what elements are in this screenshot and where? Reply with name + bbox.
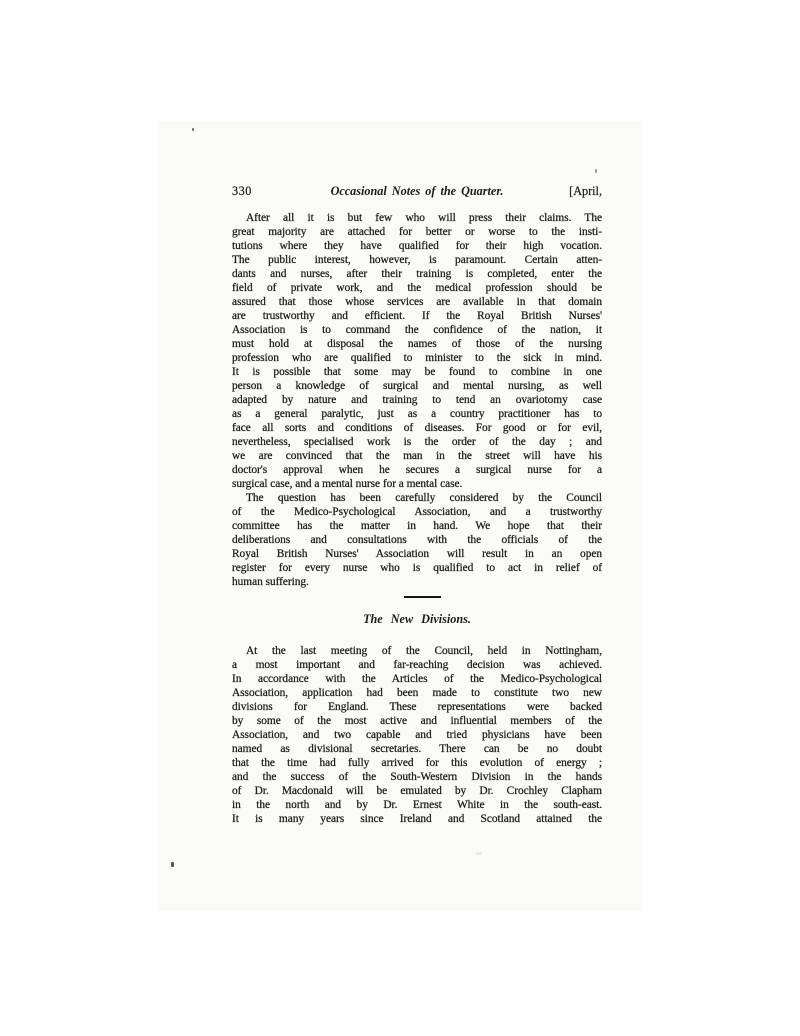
scan-speck	[476, 852, 482, 855]
text-line: It is many years since Ireland and Scotl…	[232, 812, 602, 826]
running-header: 330 Occasional Notes of the Quarter. [Ap…	[232, 184, 602, 200]
text-line: nevertheless, specialised work is the or…	[232, 435, 602, 449]
text-line: Association, application had been made t…	[232, 686, 602, 700]
text-line: in the north and by Dr. Ernest White in …	[232, 798, 602, 812]
text-line: tutions where they have qualified for th…	[232, 239, 602, 253]
text-line: person a knowledge of surgical and menta…	[232, 379, 602, 393]
text-line: we are convinced that the man in the str…	[232, 449, 602, 463]
text-column: After all it is but few who will press t…	[232, 211, 602, 826]
text-line: named as divisional secretaries. There c…	[232, 742, 602, 756]
text-line: as a general paralytic, just as a countr…	[232, 407, 602, 421]
text-line: divisions for England. These representat…	[232, 700, 602, 714]
text-line: After all it is but few who will press t…	[232, 211, 602, 225]
text-line: must hold at disposal the names of those…	[232, 337, 602, 351]
text-line: human suffering.	[232, 575, 602, 589]
text-line: field of private work, and the medical p…	[232, 281, 602, 295]
text-line: are trustworthy and efficient. If the Ro…	[232, 309, 602, 323]
section-divider-rule	[404, 596, 441, 598]
paragraph-council-question: The question has been carefully consider…	[232, 491, 602, 589]
text-line: great majority are attached for better o…	[232, 225, 602, 239]
text-line: It is possible that some may be found to…	[232, 365, 602, 379]
text-line: committee has the matter in hand. We hop…	[232, 519, 602, 533]
text-line: assured that those whose services are av…	[232, 295, 602, 309]
text-line: The public interest, however, is paramou…	[232, 253, 602, 267]
text-line: and the success of the South-Western Div…	[232, 770, 602, 784]
paragraph-press-claims: After all it is but few who will press t…	[232, 211, 602, 491]
text-line: register for every nurse who is qualifie…	[232, 561, 602, 575]
text-line: At the last meeting of the Council, held…	[232, 644, 602, 658]
section-heading: The New Divisions.	[232, 612, 602, 627]
text-line: Royal British Nurses' Association will r…	[232, 547, 602, 561]
text-line: Association is to command the confidence…	[232, 323, 602, 337]
text-line: deliberations and consultations with the…	[232, 533, 602, 547]
running-title: Occasional Notes of the Quarter.	[292, 184, 542, 199]
page-number: 330	[232, 184, 292, 199]
text-line: doctor's approval when he secures a surg…	[232, 463, 602, 477]
text-line: profession who are qualified to minister…	[232, 351, 602, 365]
text-line: by some of the most active and influenti…	[232, 714, 602, 728]
text-line: The question has been carefully consider…	[232, 491, 602, 505]
scan-speck	[595, 169, 597, 173]
issue-label: [April,	[542, 184, 602, 199]
text-line: of the Medico-Psychological Association,…	[232, 505, 602, 519]
text-line: adapted by nature and training to tend a…	[232, 393, 602, 407]
scanned-document-page: 330 Occasional Notes of the Quarter. [Ap…	[0, 0, 800, 1036]
text-line: Association, and two capable and tried p…	[232, 728, 602, 742]
text-line: dants and nurses, after their training i…	[232, 267, 602, 281]
text-line: that the time had fully arrived for this…	[232, 756, 602, 770]
text-line: of Dr. Macdonald will be emulated by Dr.…	[232, 784, 602, 798]
scan-speck	[192, 128, 194, 131]
scan-speck	[171, 862, 174, 867]
paragraph-new-divisions: At the last meeting of the Council, held…	[232, 644, 602, 826]
text-line: face all sorts and conditions of disease…	[232, 421, 602, 435]
text-line: a most important and far-reaching decisi…	[232, 658, 602, 672]
text-line: surgical case, and a mental nurse for a …	[232, 477, 602, 491]
text-line: In accordance with the Articles of the M…	[232, 672, 602, 686]
